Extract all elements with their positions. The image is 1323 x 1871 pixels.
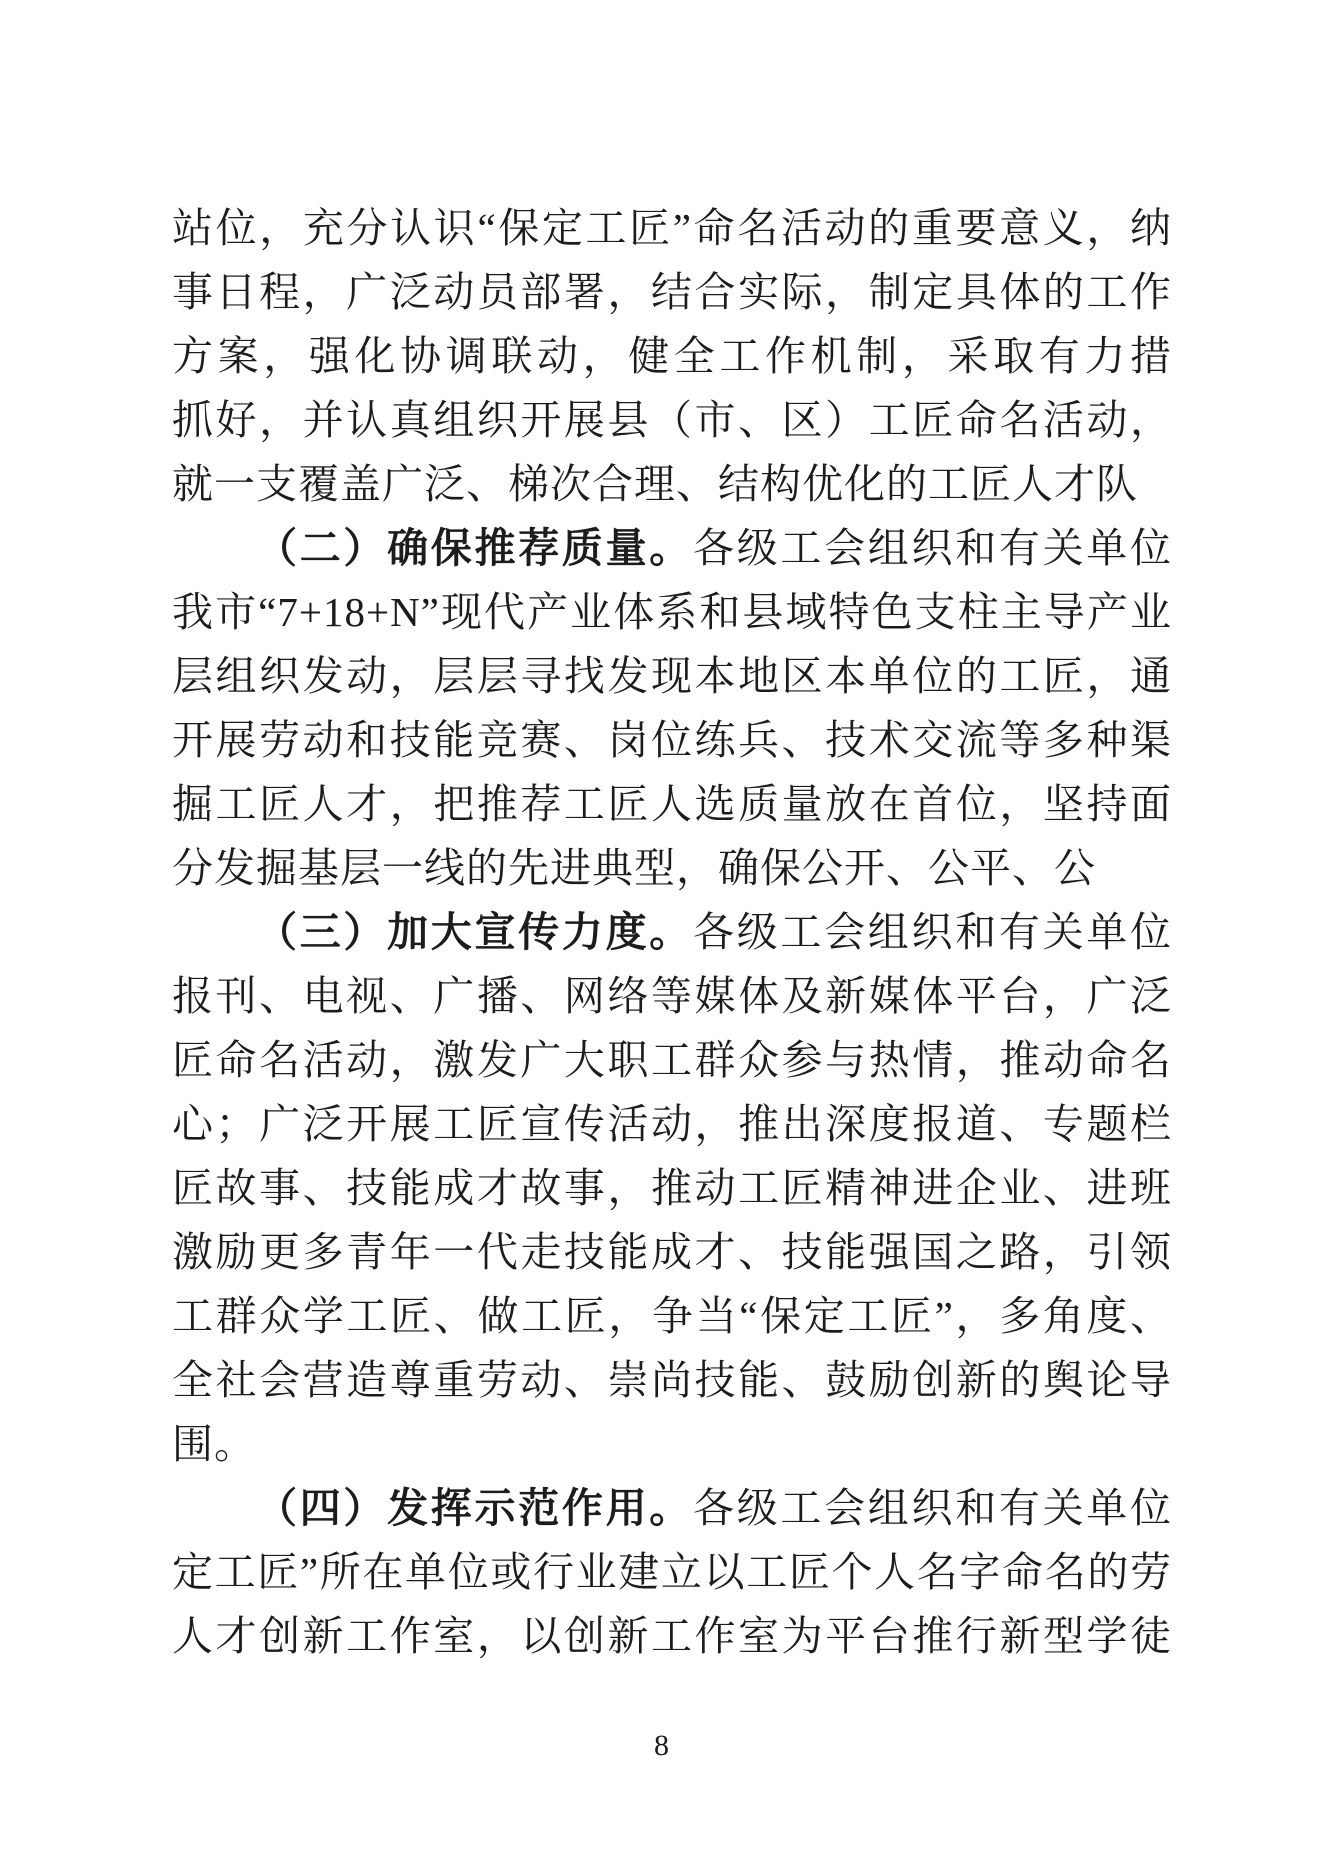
- text-line: 围。: [172, 1412, 1172, 1476]
- text-line: （四）发挥示范作用。各级工会组织和有关单位要推动“保: [172, 1476, 1172, 1540]
- paragraph-heading: （三）加大宣传力度。: [256, 909, 693, 955]
- paragraph-heading: （二）确保推荐质量。: [256, 525, 693, 571]
- text-line: 事日程，广泛动员部署，结合实际，制定具体的工作安排和宣传: [172, 260, 1172, 324]
- paragraph-heading: （四）发挥示范作用。: [256, 1485, 693, 1531]
- text-line: 方案，强化协调联动，健全工作机制，采取有力措施，切实抓紧: [172, 324, 1172, 388]
- text-line: 人才创新工作室，以创新工作室为平台推行新型学徒制，推广其: [172, 1604, 1172, 1668]
- text-line: 定工匠”所在单位或行业建立以工匠个人名字命名的劳模和工匠: [172, 1540, 1172, 1604]
- page-footer: 8: [0, 1728, 1323, 1764]
- text-line: 心；广泛开展工匠宣传活动，推出深度报道、专题栏目，讲好工: [172, 1092, 1172, 1156]
- text-line: （二）确保推荐质量。各级工会组织和有关单位要重点围绕: [172, 516, 1172, 580]
- document-page: 站位，充分认识“保定工匠”命名活动的重要意义，纳入重要议事日程，广泛动员部署，结…: [0, 0, 1323, 1871]
- text-line: 我市“7+18+N”现代产业体系和县域特色支柱主导产业体系，层: [172, 580, 1172, 644]
- text-line: 分发掘基层一线的先进典型，确保公开、公平、公正。: [172, 836, 1172, 900]
- text-line: 就一支覆盖广泛、梯次合理、结构优化的工匠人才队伍。: [172, 452, 1172, 516]
- text-line: 激励更多青年一代走技能成才、技能强国之路，引领带动广大职: [172, 1220, 1172, 1284]
- text-line: 工群众学工匠、做工匠，争当“保定工匠”，多角度、多渠道在: [172, 1284, 1172, 1348]
- text-line: （三）加大宣传力度。各级工会组织和有关单位要充分利用: [172, 900, 1172, 964]
- document-body: 站位，充分认识“保定工匠”命名活动的重要意义，纳入重要议事日程，广泛动员部署，结…: [172, 196, 1172, 1668]
- text-line: 掘工匠人才，把推荐工匠人选质量放在首位，坚持面向一线，充: [172, 772, 1172, 836]
- text-line: 站位，充分认识“保定工匠”命名活动的重要意义，纳入重要议: [172, 196, 1172, 260]
- text-line: 全社会营造尊重劳动、崇尚技能、鼓励创新的舆论导向和浓厚氛: [172, 1348, 1172, 1412]
- text-line: 开展劳动和技能竞赛、岗位练兵、技术交流等多种渠道，锤炼发: [172, 708, 1172, 772]
- text-line: 匠故事、技能成才故事，推动工匠精神进企业、进班组、进校园，: [172, 1156, 1172, 1220]
- text-line: 报刊、电视、广播、网络等媒体及新媒体平台，广泛开展宣传工: [172, 964, 1172, 1028]
- text-line: 匠命名活动，激发广大职工群众参与热情，推动命名活动深入人: [172, 1028, 1172, 1092]
- text-line: 层组织发动，层层寻找发现本地区本单位的工匠，通过广泛组织: [172, 644, 1172, 708]
- text-line: 抓好，并认真组织开展县（市、区）工匠命名活动，逐步培育造: [172, 388, 1172, 452]
- page-number: 8: [654, 1729, 669, 1762]
